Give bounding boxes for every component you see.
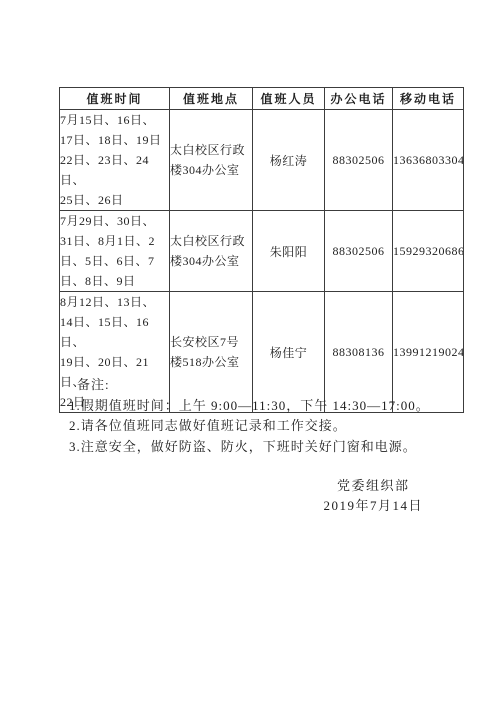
table-header-row: 值班时间 值班地点 值班人员 办公电话 移动电话 <box>60 88 464 110</box>
signature-department: 党委组织部 <box>323 476 423 496</box>
col-header-mobile-phone: 移动电话 <box>393 88 464 110</box>
cell-office-phone: 88302506 <box>325 211 393 292</box>
col-header-duty-time: 值班时间 <box>60 88 170 110</box>
signature-block: 党委组织部 2019年7月14日 <box>323 476 423 516</box>
cell-duty-time: 7月15日、16日、 17日、18日、19日 22日、23日、24日、 25日、… <box>60 110 170 211</box>
table-row: 7月15日、16日、 17日、18日、19日 22日、23日、24日、 25日、… <box>60 110 464 211</box>
note-item-1: 1.假期值班时间：上午 9:00—11:30，下午 14:30—17:00。 <box>69 396 430 417</box>
col-header-duty-location: 值班地点 <box>170 88 253 110</box>
col-header-office-phone: 办公电话 <box>325 88 393 110</box>
duty-schedule-table: 值班时间 值班地点 值班人员 办公电话 移动电话 7月15日、16日、 17日、… <box>59 87 464 413</box>
col-header-duty-person: 值班人员 <box>253 88 325 110</box>
cell-duty-location: 太白校区行政 楼304办公室 <box>170 211 253 292</box>
cell-mobile-phone: 13636803304 <box>393 110 464 211</box>
note-item-2: 2.请各位值班同志做好值班记录和工作交接。 <box>69 416 430 437</box>
cell-duty-time: 7月29日、30日、 31日、8月1日、2 日、5日、6日、7 日、8日、9日 <box>60 211 170 292</box>
document-page: 值班时间 值班地点 值班人员 办公电话 移动电话 7月15日、16日、 17日、… <box>0 0 500 707</box>
table-row: 7月29日、30日、 31日、8月1日、2 日、5日、6日、7 日、8日、9日 … <box>60 211 464 292</box>
cell-duty-location: 太白校区行政 楼304办公室 <box>170 110 253 211</box>
cell-mobile-phone: 15929320686 <box>393 211 464 292</box>
cell-duty-person: 杨红涛 <box>253 110 325 211</box>
notes-label: 备注: <box>77 375 430 396</box>
cell-office-phone: 88302506 <box>325 110 393 211</box>
notes-section: 备注: 1.假期值班时间：上午 9:00—11:30，下午 14:30—17:0… <box>69 375 430 457</box>
signature-date: 2019年7月14日 <box>323 496 423 516</box>
cell-duty-person: 朱阳阳 <box>253 211 325 292</box>
note-item-3: 3.注意安全，做好防盗、防火，下班时关好门窗和电源。 <box>69 437 430 458</box>
